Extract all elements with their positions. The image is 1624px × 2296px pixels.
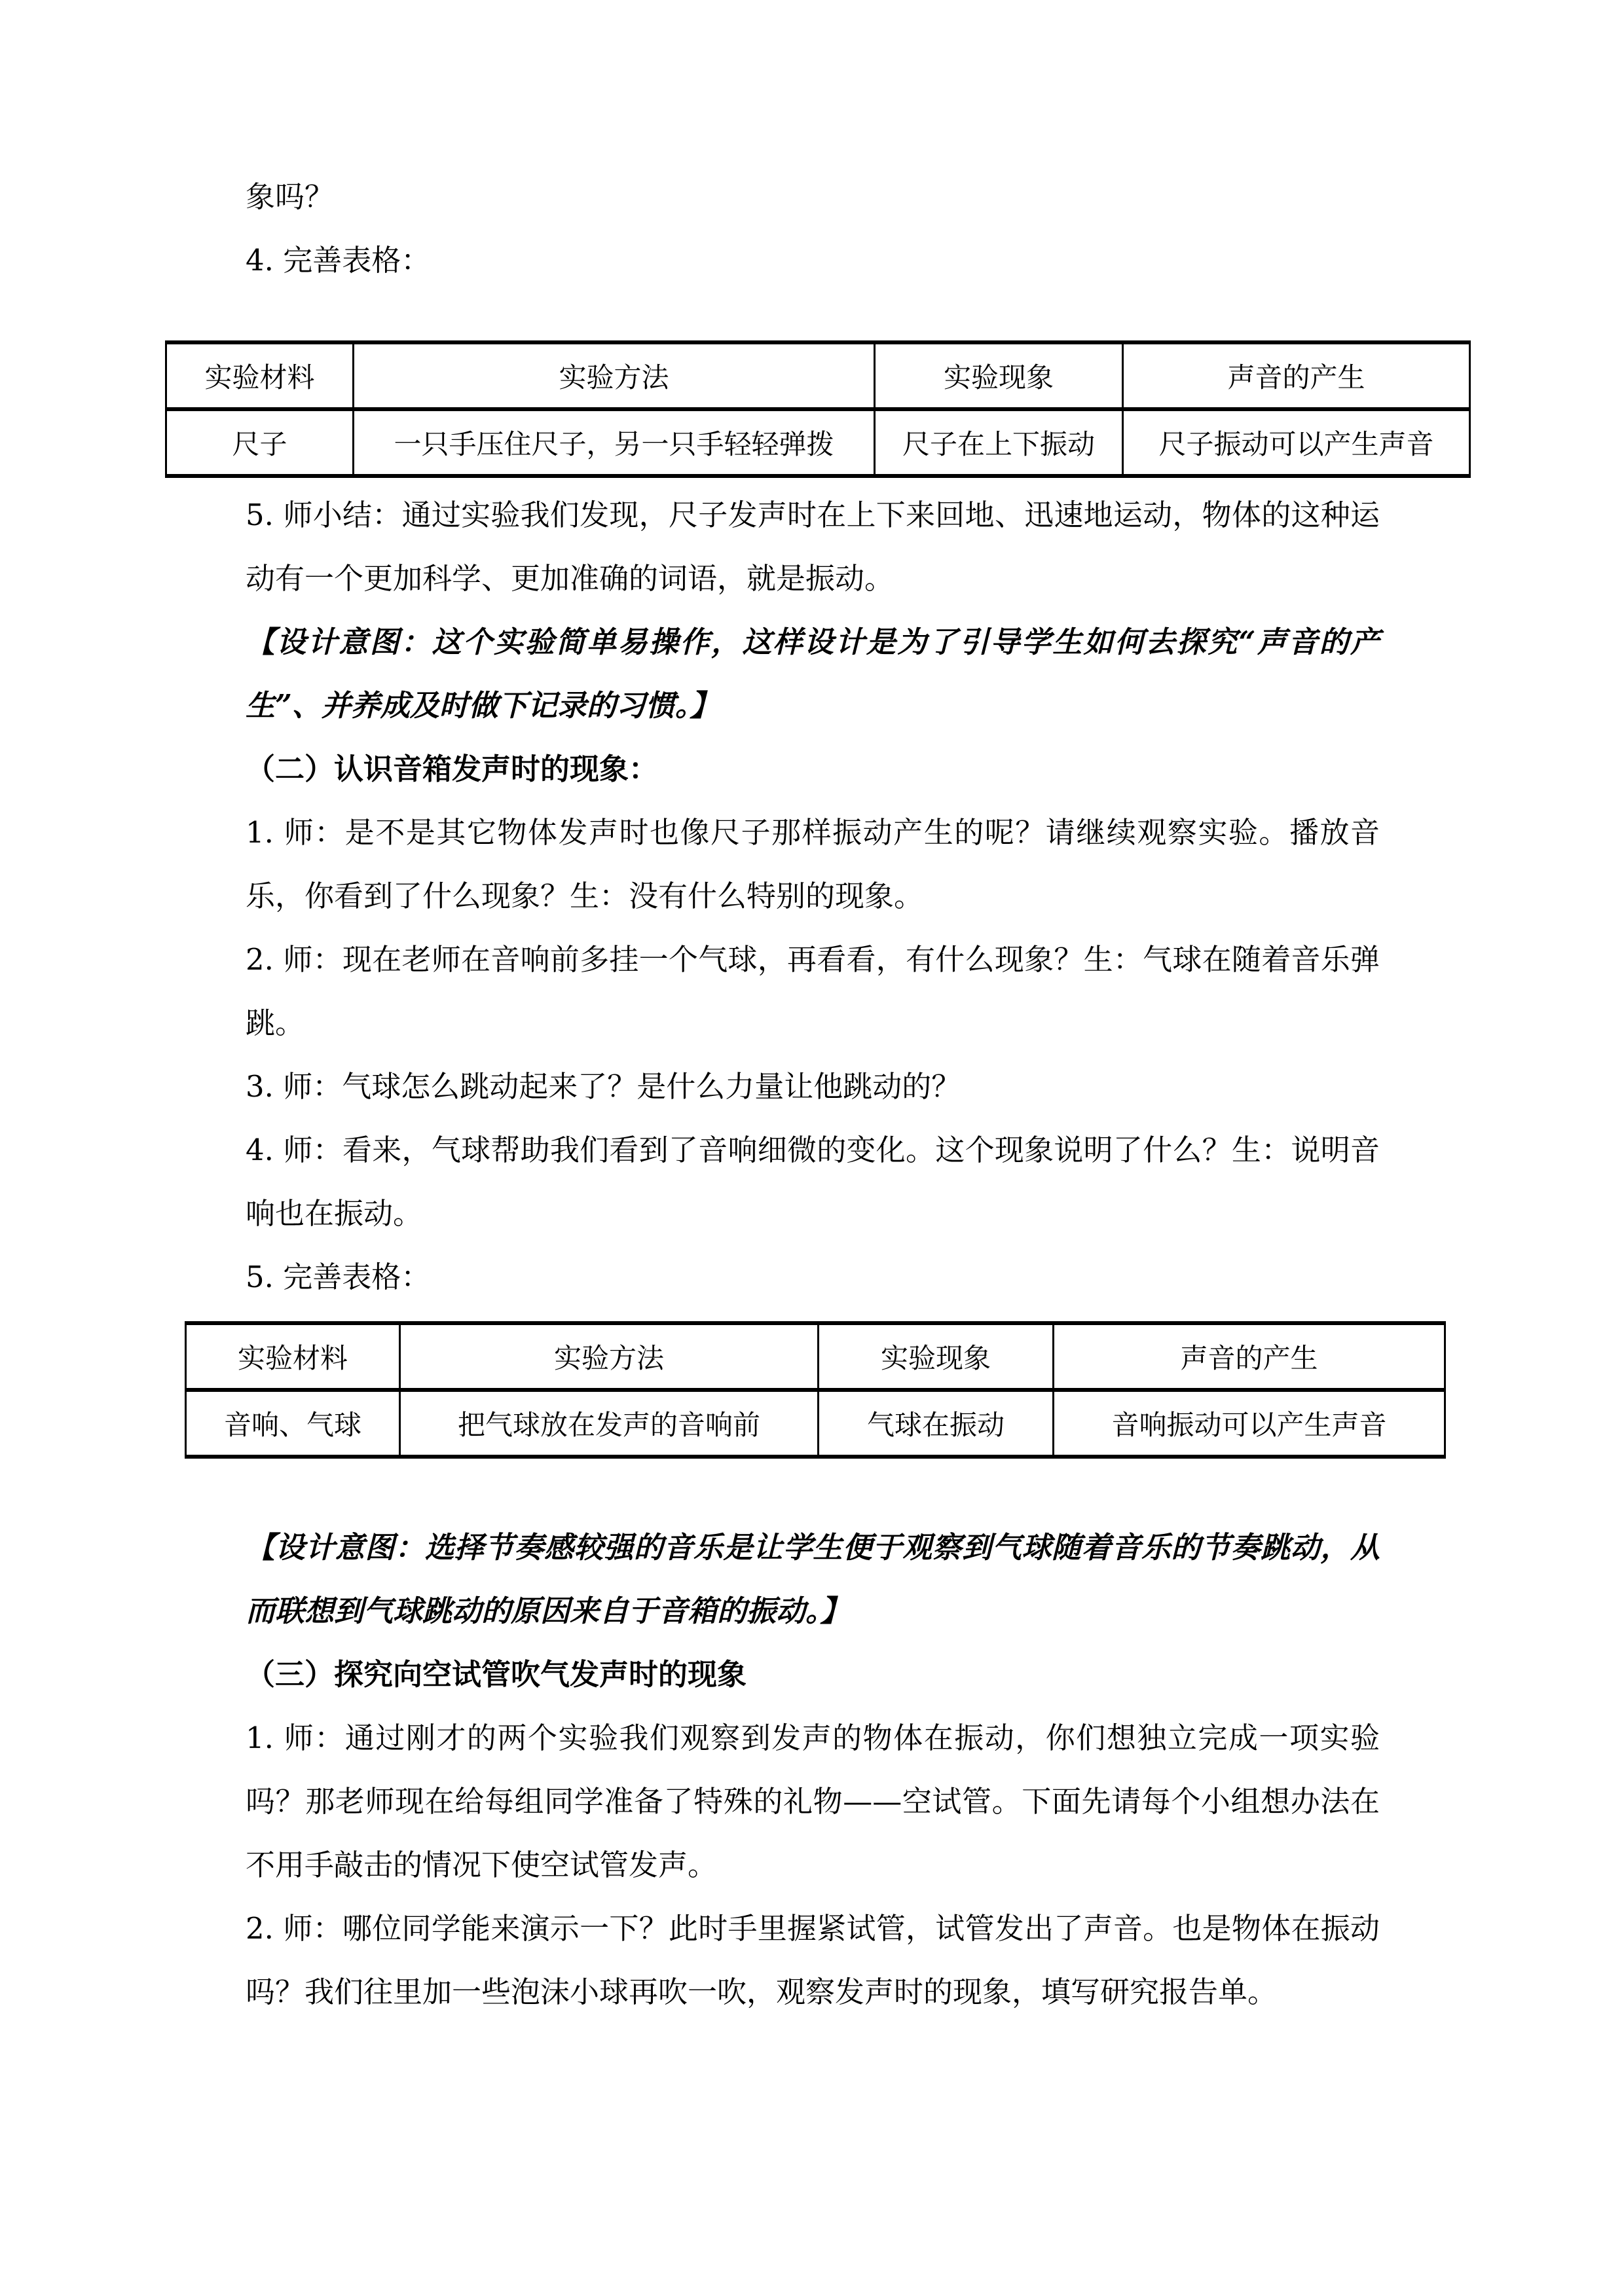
table1-cell-phenomenon: 尺子在上下振动 xyxy=(875,409,1123,476)
design-intent-2: 【设计意图：选择节奏感较强的音乐是让学生便于观察到气球随着音乐的节奏跳动，从而联… xyxy=(246,1516,1380,1643)
section2-complete-table-5: 5. 完善表格： xyxy=(246,1245,1380,1309)
table2-header-phenomenon: 实验现象 xyxy=(819,1323,1054,1390)
table1-header-method: 实验方法 xyxy=(354,342,875,409)
table1-cell-sound-production: 尺子振动可以产生声音 xyxy=(1123,409,1470,476)
section2-dialog-3: 3. 师：气球怎么跳动起来了？是什么力量让他跳动的？ xyxy=(246,1055,1380,1118)
teacher-summary-5: 5. 师小结：通过实验我们发现，尺子发声时在上下来回地、迅速地运动，物体的这种运… xyxy=(246,483,1380,610)
table2-cell-phenomenon: 气球在振动 xyxy=(819,1390,1054,1457)
table2-cell-sound-production: 音响振动可以产生声音 xyxy=(1054,1390,1445,1457)
table1-cell-material: 尺子 xyxy=(166,409,354,476)
section-heading-2: （二）认识音箱发声时的现象： xyxy=(246,737,1380,801)
section-heading-3: （三）探究向空试管吹气发声时的现象 xyxy=(246,1643,1380,1706)
document-page: 象吗？ 4. 完善表格： 实验材料 实验方法 实验现象 声音的产生 尺子 一只手… xyxy=(0,0,1624,2296)
section2-dialog-2: 2. 师：现在老师在音响前多挂一个气球，再看看，有什么现象？生：气球在随着音乐弹… xyxy=(246,928,1380,1055)
section2-dialog-4: 4. 师：看来，气球帮助我们看到了音响细微的变化。这个现象说明了什么？生：说明音… xyxy=(246,1118,1380,1245)
list-item-complete-table-4: 4. 完善表格： xyxy=(246,228,1380,292)
section3-dialog-1: 1. 师：通过刚才的两个实验我们观察到发声的物体在振动，你们想独立完成一项实验吗… xyxy=(246,1706,1380,1897)
table-row: 音响、气球 把气球放在发声的音响前 气球在振动 音响振动可以产生声音 xyxy=(186,1390,1445,1457)
table1-header-phenomenon: 实验现象 xyxy=(875,342,1123,409)
table1-header-sound-production: 声音的产生 xyxy=(1123,342,1470,409)
table-row: 尺子 一只手压住尺子，另一只手轻轻弹拨 尺子在上下振动 尺子振动可以产生声音 xyxy=(166,409,1470,476)
table2-cell-method: 把气球放在发声的音响前 xyxy=(400,1390,819,1457)
table-header-row: 实验材料 实验方法 实验现象 声音的产生 xyxy=(186,1323,1445,1390)
design-intent-1: 【设计意图：这个实验简单易操作，这样设计是为了引导学生如何去探究“声音的产生”、… xyxy=(246,610,1380,737)
table2-header-material: 实验材料 xyxy=(186,1323,400,1390)
section3-dialog-2: 2. 师：哪位同学能来演示一下？此时手里握紧试管，试管发出了声音。也是物体在振动… xyxy=(246,1897,1380,2024)
table2-header-method: 实验方法 xyxy=(400,1323,819,1390)
table1-header-material: 实验材料 xyxy=(166,342,354,409)
table2-header-sound-production: 声音的产生 xyxy=(1054,1323,1445,1390)
table-header-row: 实验材料 实验方法 实验现象 声音的产生 xyxy=(166,342,1470,409)
carryover-line: 象吗？ xyxy=(246,165,1380,228)
table2-cell-material: 音响、气球 xyxy=(186,1390,400,1457)
section2-dialog-1: 1. 师：是不是其它物体发声时也像尺子那样振动产生的呢？请继续观察实验。播放音乐… xyxy=(246,801,1380,928)
table1-cell-method: 一只手压住尺子，另一只手轻轻弹拨 xyxy=(354,409,875,476)
experiment-table-speaker-balloon: 实验材料 实验方法 实验现象 声音的产生 音响、气球 把气球放在发声的音响前 气… xyxy=(185,1321,1446,1459)
experiment-table-ruler: 实验材料 实验方法 实验现象 声音的产生 尺子 一只手压住尺子，另一只手轻轻弹拨… xyxy=(165,340,1471,478)
